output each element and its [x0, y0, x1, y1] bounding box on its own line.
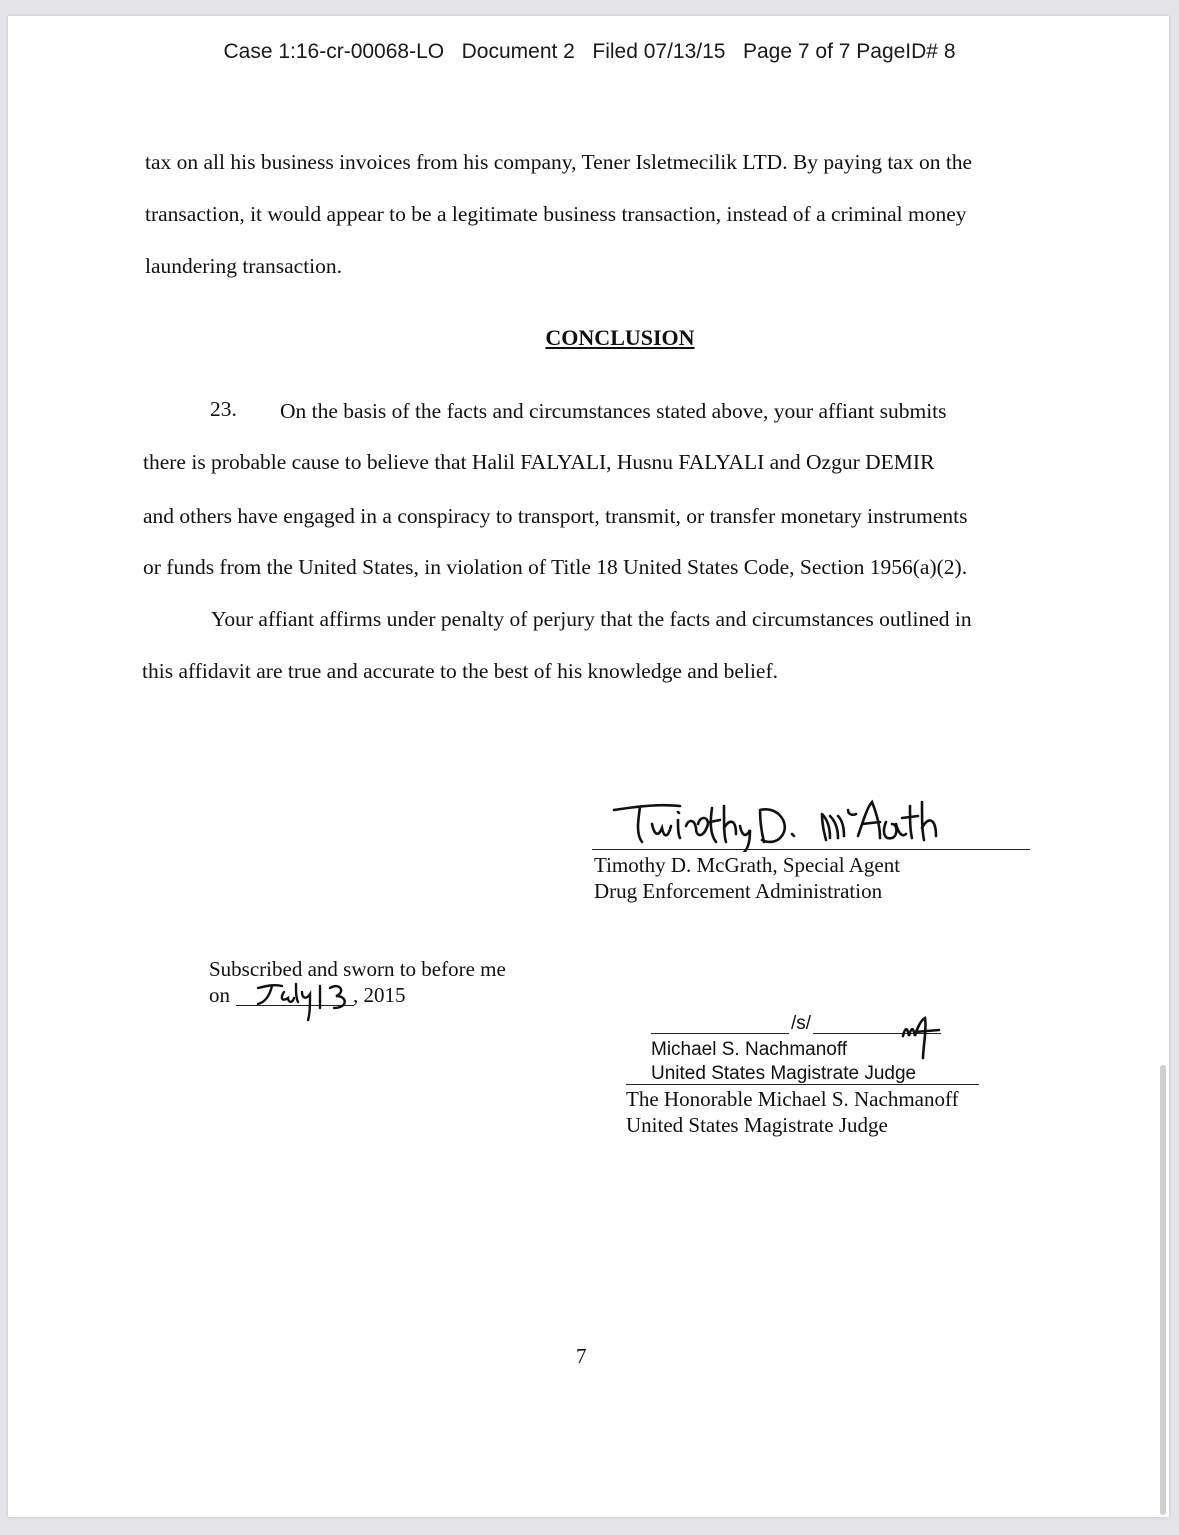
affiant-name-title: Timothy D. McGrath, Special Agent: [594, 853, 900, 878]
filed-date: Filed 07/13/15: [592, 40, 725, 63]
body-line: transaction, it would appear to be a leg…: [145, 202, 967, 227]
judge-stamp-title: United States Magistrate Judge: [651, 1063, 916, 1085]
judge-slash-signature: /s/: [791, 1013, 811, 1035]
judge-printed-name: The Honorable Michael S. Nachmanoff: [626, 1087, 959, 1112]
handwritten-date: [248, 978, 358, 1024]
body-line: or funds from the United States, in viol…: [143, 555, 967, 580]
case-number: Case 1:16-cr-00068-LO: [223, 40, 444, 63]
affiant-agency: Drug Enforcement Administration: [594, 879, 882, 904]
sworn-on: on: [209, 983, 230, 1008]
affiant-signature-line: [592, 849, 1030, 850]
page-indicator: Page 7 of 7: [743, 40, 850, 63]
body-line: tax on all his business invoices from hi…: [145, 150, 972, 175]
judge-printed-title: United States Magistrate Judge: [626, 1113, 888, 1138]
body-line: laundering transaction.: [145, 254, 342, 279]
page-number: 7: [576, 1344, 587, 1369]
body-line: and others have engaged in a conspiracy …: [143, 504, 968, 529]
body-line: there is probable cause to believe that …: [143, 450, 934, 475]
section-heading: CONCLUSION: [0, 325, 1179, 351]
body-line: this affidavit are true and accurate to …: [142, 659, 778, 684]
paragraph-number: 23.: [210, 397, 237, 422]
judge-printed-line: [626, 1084, 979, 1085]
document-page: [8, 16, 1169, 1517]
scrollbar[interactable]: [1160, 1065, 1166, 1515]
body-line: Your affiant affirms under penalty of pe…: [211, 607, 972, 632]
judge-initials: [895, 1012, 945, 1060]
judge-stamp-name: Michael S. Nachmanoff: [651, 1039, 847, 1061]
judge-signature-line: [651, 1033, 789, 1034]
document-number: Document 2: [462, 40, 575, 63]
page-id: PageID# 8: [856, 40, 955, 63]
case-header: Case 1:16-cr-00068-LO Document 2 Filed 0…: [0, 40, 1179, 64]
body-line: On the basis of the facts and circumstan…: [280, 399, 947, 424]
affiant-signature: [600, 796, 990, 852]
sworn-year: , 2015: [353, 983, 406, 1008]
